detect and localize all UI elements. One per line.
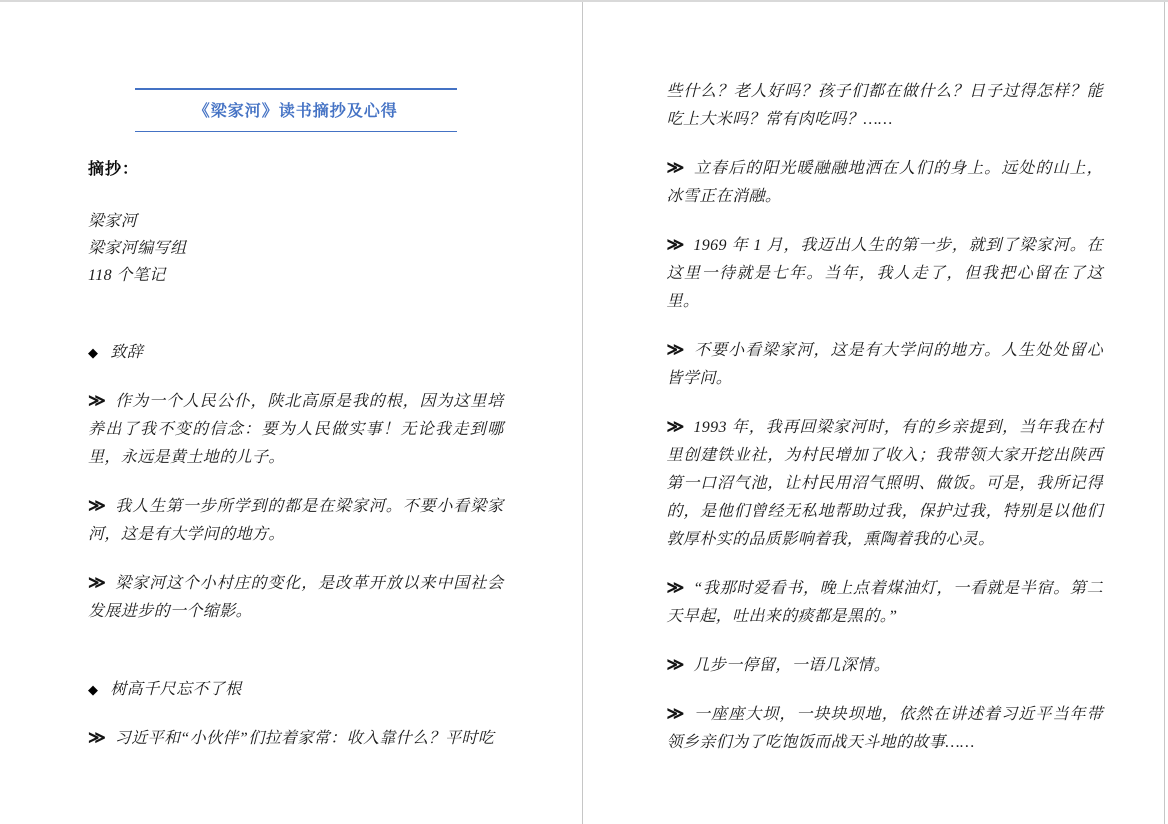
excerpt-text: 1969 年 1 月，我迈出人生的第一步，就到了梁家河。在这里一待就是七年。当年… (667, 237, 1103, 310)
double-chevron-icon: ≫ (667, 578, 685, 597)
excerpt-paragraph: ≫我人生第一步所学到的都是在梁家河。不要小看梁家河，这是有大学问的地方。 (88, 492, 504, 549)
excerpt-paragraph: ≫作为一个人民公仆，陕北高原是我的根，因为这里培养出了我不变的信念：要为人民做实… (88, 387, 504, 472)
excerpt-continuation-paragraph: 些什么？老人好吗？孩子们都在做什么？日子过得怎样？能吃上大米吗？常有肉吃吗？…… (667, 78, 1103, 134)
excerpt-text: 1993 年，我再回梁家河时，有的乡亲提到，当年我在村里创建铁业社，为村民增加了… (667, 419, 1103, 548)
chapter-heading: ◆ 树高千尺忘不了根 (88, 676, 504, 704)
double-chevron-icon: ≫ (667, 417, 685, 436)
section-heading: 摘抄： (88, 159, 504, 180)
double-chevron-icon: ≫ (88, 728, 106, 747)
excerpt-paragraph: ≫立春后的阳光暖融融地洒在人们的身上。远处的山上，冰雪正在消融。 (667, 154, 1103, 211)
excerpt-text: 梁家河这个小村庄的变化，是改革开放以来中国社会发展进步的一个缩影。 (88, 575, 504, 620)
book-title: 梁家河 (88, 208, 504, 235)
chapter-heading: ◆ 致辞 (88, 339, 504, 367)
chapter-title: 致辞 (110, 339, 143, 367)
page-2: 些什么？老人好吗？孩子们都在做什么？日子过得怎样？能吃上大米吗？常有肉吃吗？……… (583, 2, 1164, 824)
excerpt-paragraph: ≫“我那时爱看书，晚上点着煤油灯，一看就是半宿。第二天早起，吐出来的痰都是黑的。… (667, 574, 1103, 631)
diamond-icon: ◆ (88, 339, 98, 367)
excerpt-text: 一座座大坝，一块块坝地，依然在讲述着习近平当年带领乡亲们为了吃饱饭而战天斗地的故… (667, 706, 1103, 751)
diamond-icon: ◆ (88, 676, 98, 704)
document-view: 《梁家河》读书摘抄及心得 摘抄： 梁家河 梁家河编写组 118 个笔记 ◆ 致辞… (0, 2, 1165, 824)
excerpt-text: “我那时爱看书，晚上点着煤油灯，一看就是半宿。第二天早起，吐出来的痰都是黑的。” (667, 580, 1103, 625)
excerpt-paragraph: ≫1969 年 1 月，我迈出人生的第一步，就到了梁家河。在这里一待就是七年。当… (667, 231, 1103, 316)
double-chevron-icon: ≫ (88, 573, 106, 592)
book-notes-count: 118 个笔记 (88, 262, 504, 289)
double-chevron-icon: ≫ (667, 235, 685, 254)
excerpt-paragraph: ≫不要小看梁家河，这是有大学问的地方。人生处处留心皆学问。 (667, 336, 1103, 393)
double-chevron-icon: ≫ (88, 496, 106, 515)
document-title-block: 《梁家河》读书摘抄及心得 (135, 88, 457, 132)
double-chevron-icon: ≫ (667, 655, 685, 674)
excerpt-text: 不要小看梁家河，这是有大学问的地方。人生处处留心皆学问。 (667, 342, 1103, 387)
book-author: 梁家河编写组 (88, 235, 504, 262)
excerpt-text: 几步一停留，一语几深情。 (693, 657, 890, 674)
excerpt-text: 立春后的阳光暖融融地洒在人们的身上。远处的山上，冰雪正在消融。 (667, 160, 1103, 205)
excerpt-paragraph: ≫1993 年，我再回梁家河时，有的乡亲提到，当年我在村里创建铁业社，为村民增加… (667, 413, 1103, 554)
document-viewport: 《梁家河》读书摘抄及心得 摘抄： 梁家河 梁家河编写组 118 个笔记 ◆ 致辞… (0, 0, 1168, 824)
excerpt-text: 我人生第一步所学到的都是在梁家河。不要小看梁家河，这是有大学问的地方。 (88, 498, 504, 543)
excerpt-paragraph: ≫习近平和“小伙伴”们拉着家常：收入靠什么？平时吃 (88, 724, 504, 753)
excerpt-text: 作为一个人民公仆，陕北高原是我的根，因为这里培养出了我不变的信念：要为人民做实事… (88, 393, 504, 466)
excerpt-paragraph: ≫梁家河这个小村庄的变化，是改革开放以来中国社会发展进步的一个缩影。 (88, 569, 504, 626)
double-chevron-icon: ≫ (667, 158, 685, 177)
excerpt-paragraph: ≫一座座大坝，一块块坝地，依然在讲述着习近平当年带领乡亲们为了吃饱饭而战天斗地的… (667, 700, 1103, 757)
double-chevron-icon: ≫ (667, 340, 685, 359)
double-chevron-icon: ≫ (667, 704, 685, 723)
chapter-title: 树高千尺忘不了根 (110, 676, 241, 704)
book-info: 梁家河 梁家河编写组 118 个笔记 (88, 208, 504, 289)
excerpt-text: 习近平和“小伙伴”们拉着家常：收入靠什么？平时吃 (115, 730, 494, 747)
page-1: 《梁家河》读书摘抄及心得 摘抄： 梁家河 梁家河编写组 118 个笔记 ◆ 致辞… (0, 2, 583, 824)
document-title: 《梁家河》读书摘抄及心得 (135, 102, 457, 121)
excerpt-paragraph: ≫几步一停留，一语几深情。 (667, 651, 1103, 680)
double-chevron-icon: ≫ (88, 391, 106, 410)
excerpt-text: 些什么？老人好吗？孩子们都在做什么？日子过得怎样？能吃上大米吗？常有肉吃吗？…… (667, 83, 1103, 128)
